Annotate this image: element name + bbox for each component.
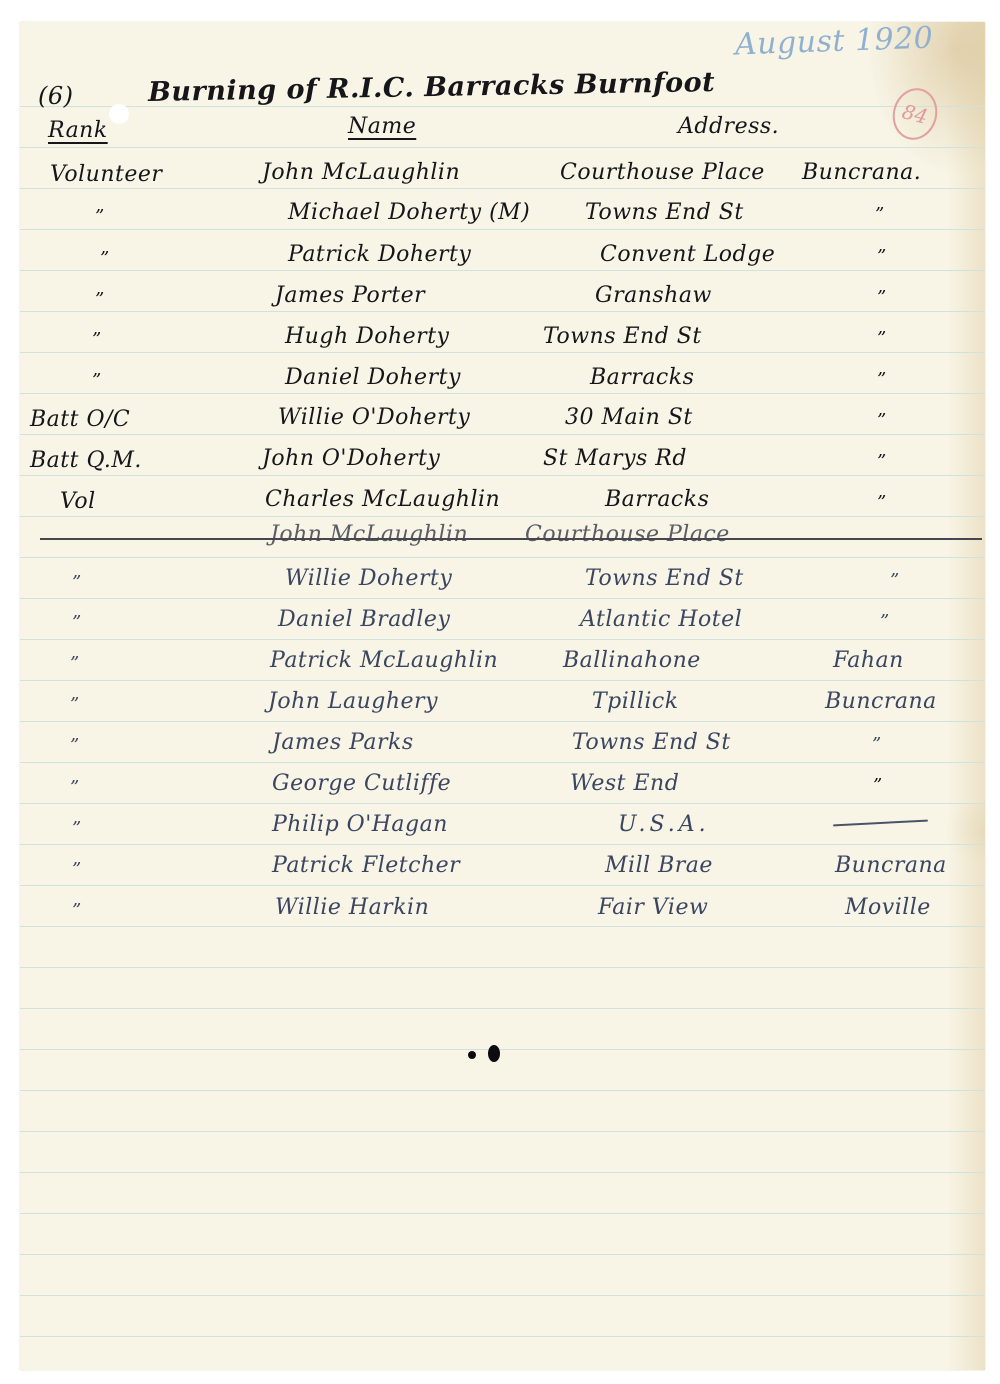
rank-cell: Batt Q.M. [30, 448, 142, 473]
ruled-line [20, 721, 985, 722]
address-cell: Towns End St [543, 324, 702, 349]
rank-cell: ” [95, 289, 105, 310]
name-cell: Patrick Fletcher [272, 853, 460, 878]
rank-cell: ” [95, 206, 105, 227]
ruled-line [20, 1295, 985, 1296]
ruled-line [20, 680, 985, 681]
name-cell: Daniel Bradley [278, 607, 450, 632]
address-cell: Convent Lodge [600, 242, 775, 267]
town-cell: ” [880, 611, 890, 632]
ruled-line [20, 311, 985, 312]
ruled-line [20, 803, 985, 804]
ruled-line [20, 1254, 985, 1255]
strike-through-line [40, 538, 982, 540]
name-cell: Daniel Doherty [285, 365, 461, 390]
name-cell: Patrick McLaughlin [270, 648, 498, 673]
address-cell: U.S.A. [618, 812, 710, 837]
rank-cell: ” [72, 900, 82, 921]
rank-cell: ” [70, 653, 80, 674]
ruled-line [20, 188, 985, 189]
town-cell: ” [877, 451, 887, 472]
ruled-line [20, 393, 985, 394]
town-cell: ” [877, 492, 887, 513]
ruled-line [20, 1008, 985, 1009]
ruled-line [20, 885, 985, 886]
ruled-line [20, 967, 985, 968]
name-cell: Willie Harkin [275, 895, 429, 920]
rank-cell: ” [70, 777, 80, 798]
town-cell: Buncrana. [802, 160, 921, 185]
header-address: Address. [678, 114, 779, 139]
ruled-line [20, 147, 985, 148]
town-cell: ” [877, 246, 887, 267]
name-cell: Michael Doherty (M) [288, 200, 530, 225]
town-cell: ” [872, 734, 882, 755]
ruled-line [20, 434, 985, 435]
rank-cell: Vol [60, 489, 96, 514]
ruled-line [20, 1090, 985, 1091]
address-cell: Towns End St [585, 566, 744, 591]
header-rank: Rank [48, 118, 108, 143]
punch-hole [109, 104, 129, 124]
town-cell: ” [877, 369, 887, 390]
town-cell: Moville [845, 895, 931, 920]
town-cell: ” [873, 775, 883, 796]
name-cell: Patrick Doherty [288, 242, 471, 267]
town-cell: ” [877, 410, 887, 431]
ruled-line [20, 1131, 985, 1132]
ruled-line [20, 1172, 985, 1173]
rank-cell: ” [92, 370, 102, 391]
name-cell: Charles McLaughlin [265, 487, 500, 512]
rank-cell: ” [100, 248, 110, 269]
ruled-line [20, 926, 985, 927]
ruled-line [20, 270, 985, 271]
rank-cell: Volunteer [50, 162, 162, 187]
address-cell: Courthouse Place [525, 522, 730, 547]
name-cell: James Parks [272, 730, 414, 755]
ruled-line [20, 516, 985, 517]
address-cell: Ballinahone [563, 648, 701, 673]
town-cell: Fahan [833, 648, 904, 673]
name-cell: Willie Doherty [285, 566, 452, 591]
header-name: Name [348, 114, 416, 139]
town-cell: Buncrana [835, 853, 947, 878]
ruled-line [20, 229, 985, 230]
address-cell: St Marys Rd [543, 446, 687, 471]
address-cell: Atlantic Hotel [580, 607, 742, 632]
ruled-line [20, 557, 985, 558]
address-cell: Barracks [590, 365, 694, 390]
address-cell: Fair View [598, 895, 708, 920]
ruled-line [20, 352, 985, 353]
ruled-line [20, 639, 985, 640]
town-cell: ” [890, 570, 900, 591]
ruled-line [20, 762, 985, 763]
address-cell: Towns End St [572, 730, 731, 755]
name-cell: Hugh Doherty [285, 324, 449, 349]
town-cell: ” [877, 328, 887, 349]
name-cell: John McLaughlin [262, 160, 460, 185]
rank-cell: ” [72, 572, 82, 593]
town-cell: ” [877, 287, 887, 308]
rank-cell: ” [72, 612, 82, 633]
ink-blot-large [488, 1045, 500, 1062]
date-annotation: August 1920 [734, 21, 933, 63]
town-cell: Buncrana [825, 689, 937, 714]
rank-cell: ” [70, 694, 80, 715]
rank-cell: ” [92, 329, 102, 350]
name-cell: John O'Doherty [262, 446, 440, 471]
rank-cell: Batt O/C [30, 407, 130, 432]
address-cell: West End [570, 771, 679, 796]
name-cell: Willie O'Doherty [278, 405, 470, 430]
rank-cell: ” [70, 735, 80, 756]
name-cell: John Laughery [268, 689, 438, 714]
rank-cell: ” [72, 859, 82, 880]
ruled-line [20, 1336, 985, 1337]
address-cell: Courthouse Place [560, 160, 765, 185]
name-cell: John McLaughlin [270, 522, 468, 547]
address-cell: Granshaw [595, 283, 712, 308]
ruled-line [20, 475, 985, 476]
address-cell: Towns End St [585, 200, 744, 225]
name-cell: Philip O'Hagan [272, 812, 448, 837]
ruled-line [20, 598, 985, 599]
name-cell: James Porter [275, 283, 425, 308]
ruled-line [20, 844, 985, 845]
section-number: (6) [38, 82, 74, 110]
name-cell: George Cutliffe [272, 771, 451, 796]
address-cell: Tpillick [592, 689, 679, 714]
ink-blot-small [468, 1051, 476, 1059]
folio-number: 84 [900, 99, 931, 129]
address-cell: 30 Main St [565, 405, 693, 430]
ruled-line [20, 1049, 985, 1050]
address-cell: Barracks [605, 487, 709, 512]
address-cell: Mill Brae [605, 853, 713, 878]
rank-cell: ” [72, 818, 82, 839]
town-cell: ” [875, 204, 885, 225]
ruled-line [20, 1213, 985, 1214]
